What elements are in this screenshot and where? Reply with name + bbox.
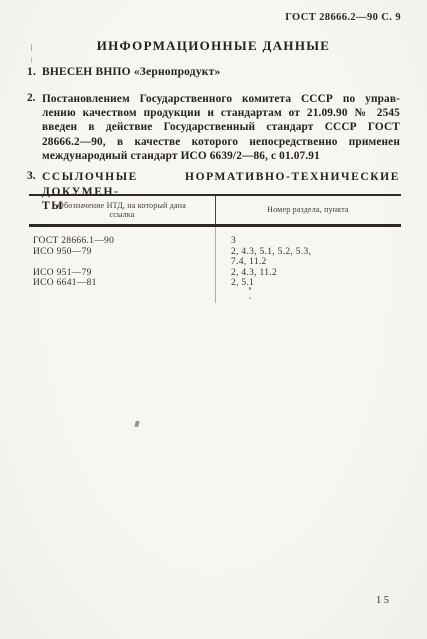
list-item-2: 2. Постановлением Государственного комит… xyxy=(27,92,400,163)
sections-cell: 2, 4.3, 5.1, 5.2, 5.3, 7.4, 11.2 xyxy=(215,247,401,268)
sections-cell: 3 xyxy=(215,236,401,247)
item-1-number: 1. xyxy=(27,66,36,78)
document-page: ГОСТ 28666.2—90 С. 9 ИНФОРМАЦИОННЫЕ ДАНН… xyxy=(0,0,427,639)
sections-line: 7.4, 11.2 xyxy=(231,257,401,268)
running-header: ГОСТ 28666.2—90 С. 9 xyxy=(285,12,401,23)
paragraph-line: международный стандарт ИСО 6639/2—86, с … xyxy=(42,149,400,163)
sections-cell: 2, 5.1 xyxy=(215,278,401,289)
item-2-number: 2. xyxy=(27,92,35,104)
paragraph-line: введен в действие Государственный станда… xyxy=(42,120,400,134)
scan-artifact xyxy=(249,297,251,299)
scan-artifact xyxy=(31,57,32,63)
page-number: 15 xyxy=(376,595,392,606)
ntd-cell: ГОСТ 28666.1—90 xyxy=(29,236,215,247)
table-column-divider xyxy=(215,196,216,224)
table-header-sections: Номер раздела, пункта xyxy=(215,196,401,224)
ntd-cell: ИСО 6641—81 xyxy=(29,278,215,289)
item-1-text: ВНЕСЕН ВНПО «Зернопродукт» xyxy=(42,66,400,78)
scan-artifact xyxy=(249,287,251,290)
ntd-cell: ИСО 951—79 xyxy=(29,268,215,279)
sections-cell: 2, 4.3, 11.2 xyxy=(215,268,401,279)
table-column-divider xyxy=(215,227,216,303)
table-header-row: Обозначение НТД, на который дана ссылка … xyxy=(29,196,401,227)
table-body: ГОСТ 28666.1—90 3 ИСО 950—79 2, 4.3, 5.1… xyxy=(29,227,401,336)
paragraph-line: Постановлением Государственного комитета… xyxy=(42,92,400,106)
paragraph-line: лению качеством продукции и стандартам о… xyxy=(42,106,400,120)
page-title: ИНФОРМАЦИОННЫЕ ДАННЫЕ xyxy=(0,38,427,54)
scan-artifact xyxy=(134,421,139,427)
item-3-number: 3. xyxy=(27,170,36,182)
table-header-ntd: Обозначение НТД, на который дана ссылка xyxy=(29,196,215,224)
references-table: Обозначение НТД, на который дана ссылка … xyxy=(29,194,401,336)
scan-artifact xyxy=(31,44,32,51)
ntd-cell: ИСО 950—79 xyxy=(29,247,215,258)
paragraph-line: 28666.2—90, в качестве которого непосред… xyxy=(42,135,400,149)
item-2-paragraph: Постановлением Государственного комитета… xyxy=(42,92,400,163)
list-item-1: 1. ВНЕСЕН ВНПО «Зернопродукт» xyxy=(27,66,400,78)
sections-line: 2, 4.3, 5.1, 5.2, 5.3, xyxy=(231,247,401,258)
